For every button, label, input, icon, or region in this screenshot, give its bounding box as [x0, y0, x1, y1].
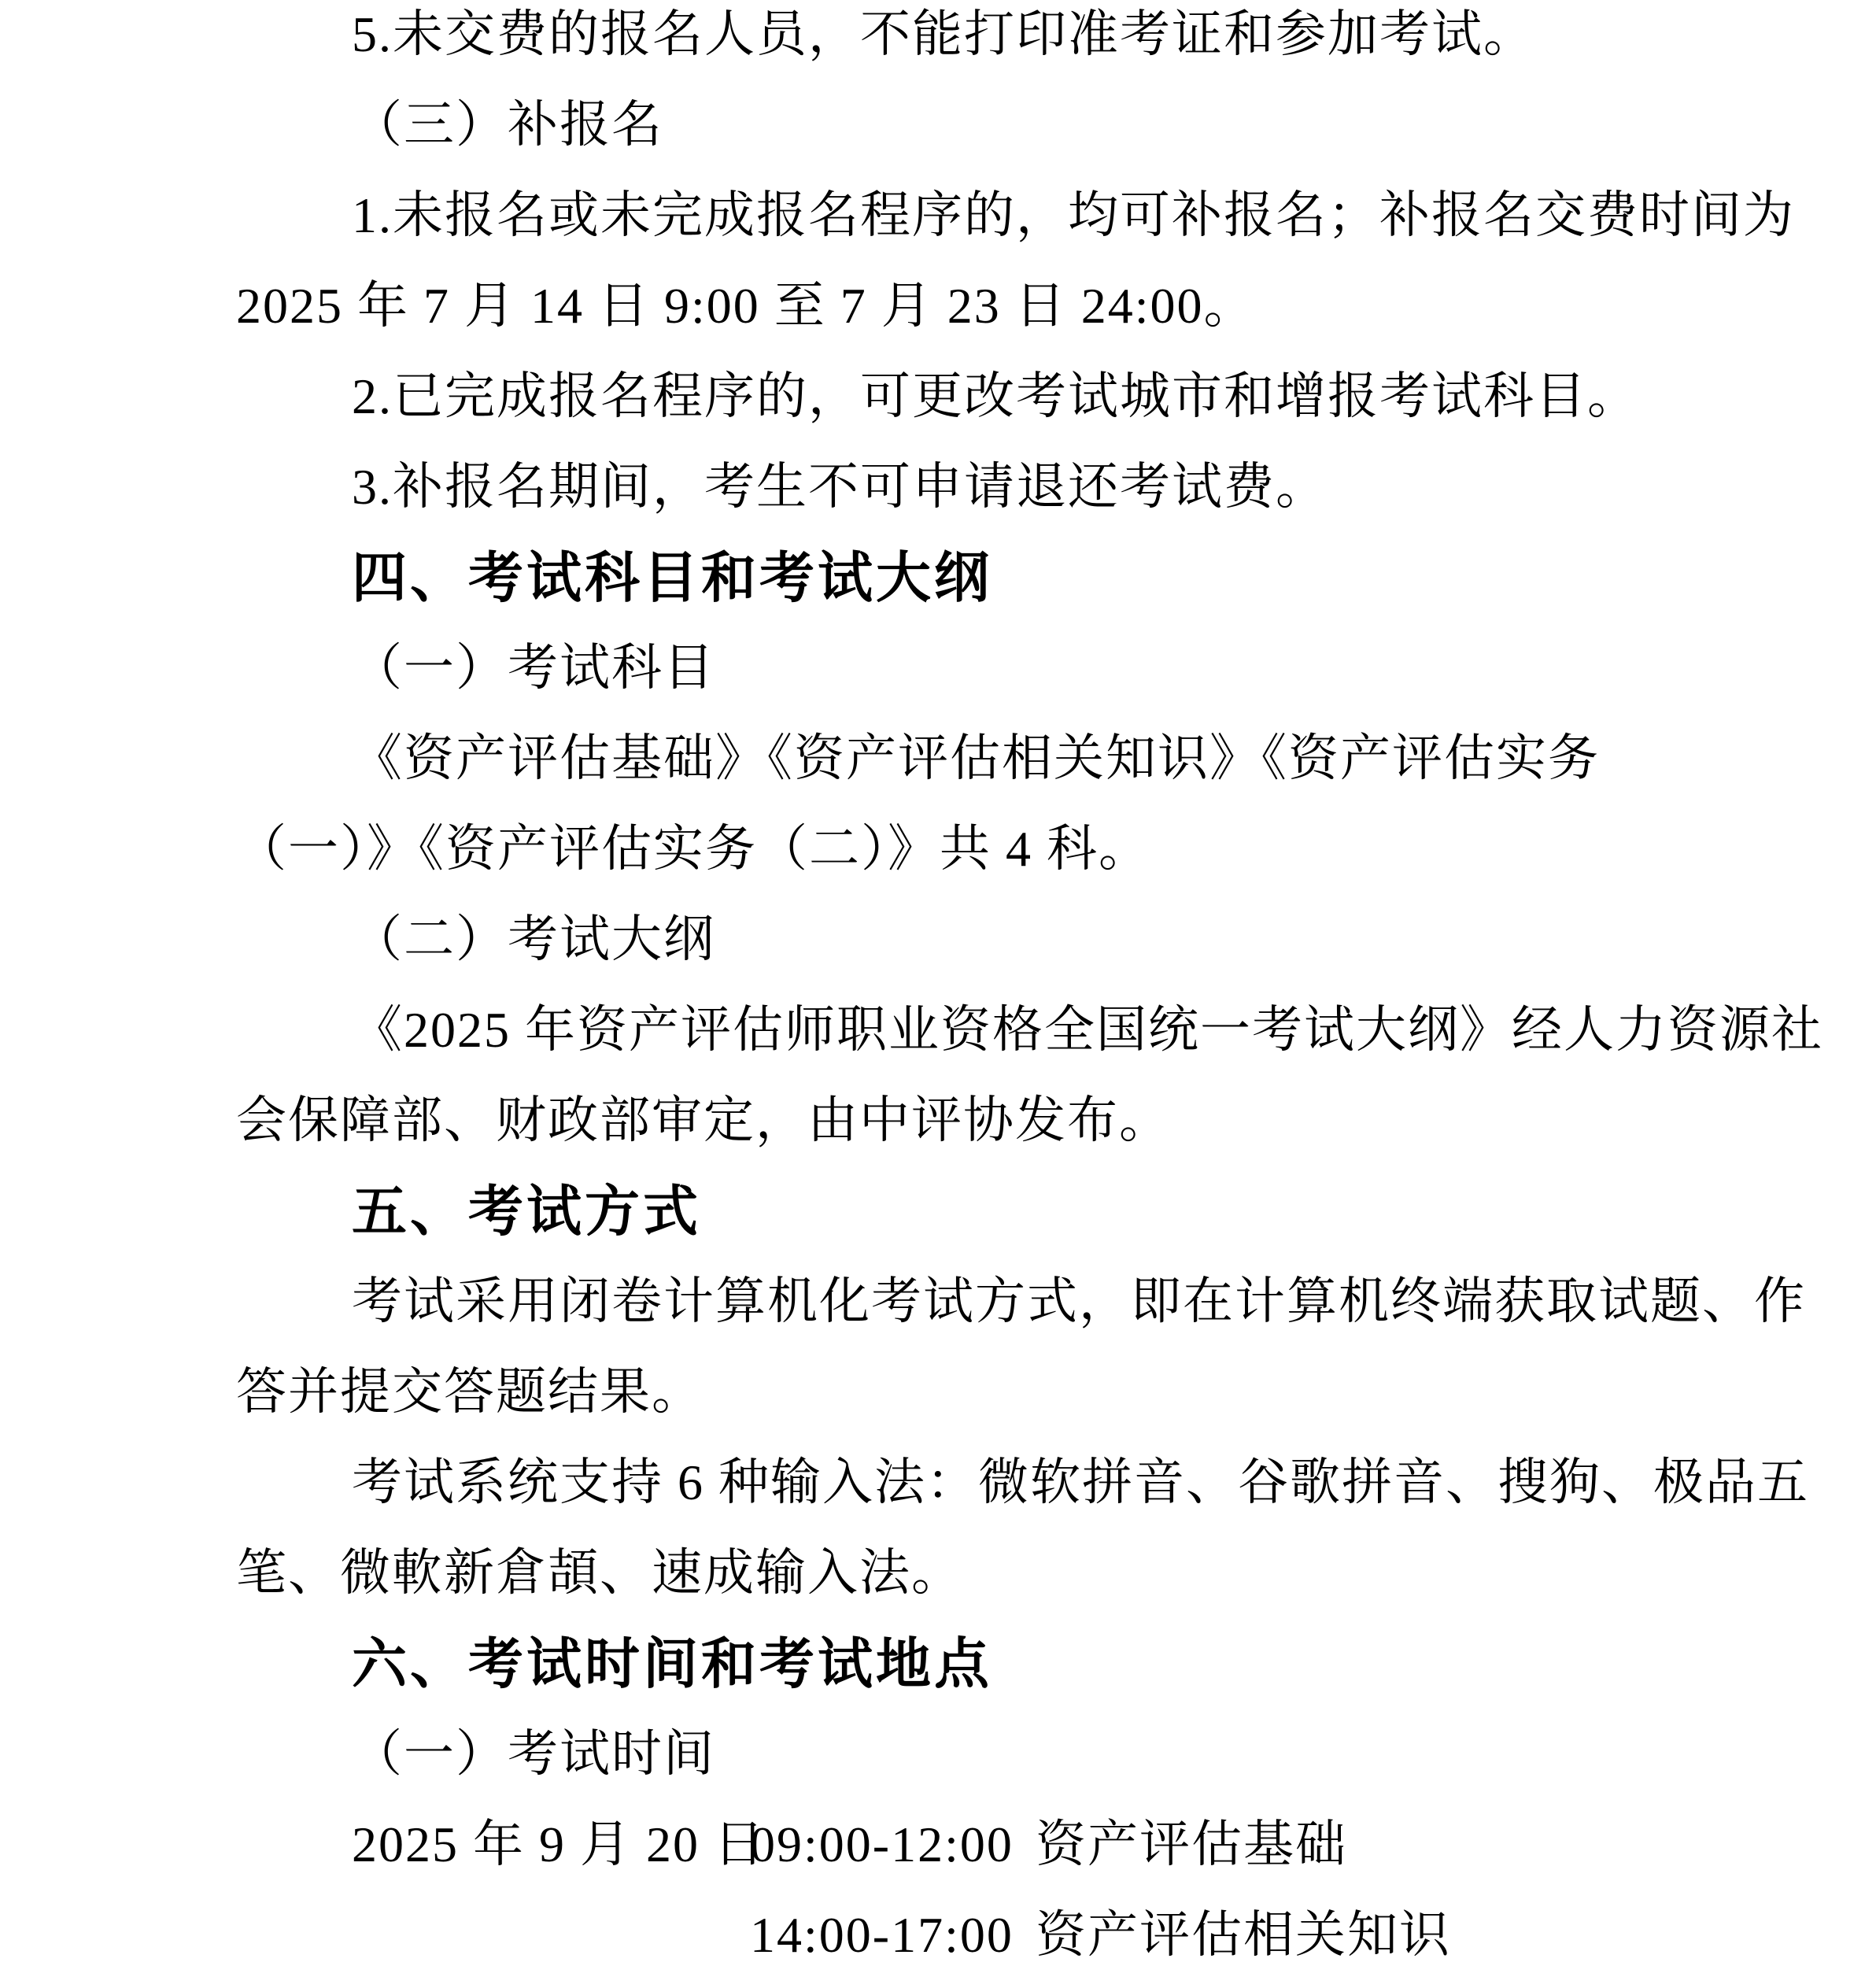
exam-subject: 资产评估相关知识: [1036, 1910, 1451, 1960]
exam-time: 14:00-17:00: [750, 1910, 1014, 1960]
doc-line: 笔、微軟新倉頡、速成输入法。: [236, 1528, 1731, 1618]
doc-line: 《资产评估基础》《资产评估相关知识》《资产评估实务: [236, 713, 1731, 804]
exam-subject: 资产评估基础: [1036, 1820, 1347, 1870]
doc-line: 5.未交费的报名人员，不能打印准考证和参加考试。: [236, 0, 1731, 79]
exam-schedule-row: 14:00-17:00 资产评估相关知识: [236, 1890, 1731, 1977]
doc-line: （三）补报名: [236, 79, 1731, 170]
section-heading: 四、考试科目和考试大纲: [236, 532, 1731, 623]
subsection-heading: （一）考试科目: [236, 623, 1731, 713]
doc-line: 会保障部、财政部审定，由中评协发布。: [236, 1075, 1731, 1166]
doc-line: 考试系统支持 6 种输入法：微软拼音、谷歌拼音、搜狗、极品五: [236, 1437, 1731, 1528]
document-text-block: 5.未交费的报名人员，不能打印准考证和参加考试。 （三）补报名 1.未报名或未完…: [236, 0, 1731, 1977]
doc-line: 2.已完成报名程序的，可更改考试城市和增报考试科目。: [236, 351, 1731, 442]
doc-line: 答并提交答题结果。: [236, 1347, 1731, 1437]
doc-line: 2025 年 7 月 14 日 9:00 至 7 月 23 日 24:00。: [236, 261, 1731, 351]
document-page: 5.未交费的报名人员，不能打印准考证和参加考试。 （三）补报名 1.未报名或未完…: [0, 0, 1876, 1977]
exam-date: 2025 年 9 月 20 日: [352, 1820, 766, 1870]
doc-line: （一）》《资产评估实务（二）》共 4 科。: [236, 804, 1731, 894]
section-heading: 五、考试方式: [236, 1166, 1731, 1256]
doc-line: 3.补报名期间，考生不可申请退还考试费。: [236, 442, 1731, 532]
exam-schedule-row: 2025 年 9 月 20 日 09:00-12:00 资产评估基础: [236, 1799, 1731, 1890]
section-heading: 六、考试时间和考试地点: [236, 1618, 1731, 1709]
subsection-heading: （二）考试大纲: [236, 894, 1731, 985]
doc-line: 1.未报名或未完成报名程序的，均可补报名；补报名交费时间为: [236, 170, 1731, 261]
doc-line: 考试采用闭卷计算机化考试方式，即在计算机终端获取试题、作: [236, 1256, 1731, 1347]
exam-time: 09:00-12:00: [750, 1820, 1014, 1870]
subsection-heading: （一）考试时间: [236, 1709, 1731, 1799]
doc-line: 《2025 年资产评估师职业资格全国统一考试大纲》经人力资源社: [236, 985, 1731, 1075]
